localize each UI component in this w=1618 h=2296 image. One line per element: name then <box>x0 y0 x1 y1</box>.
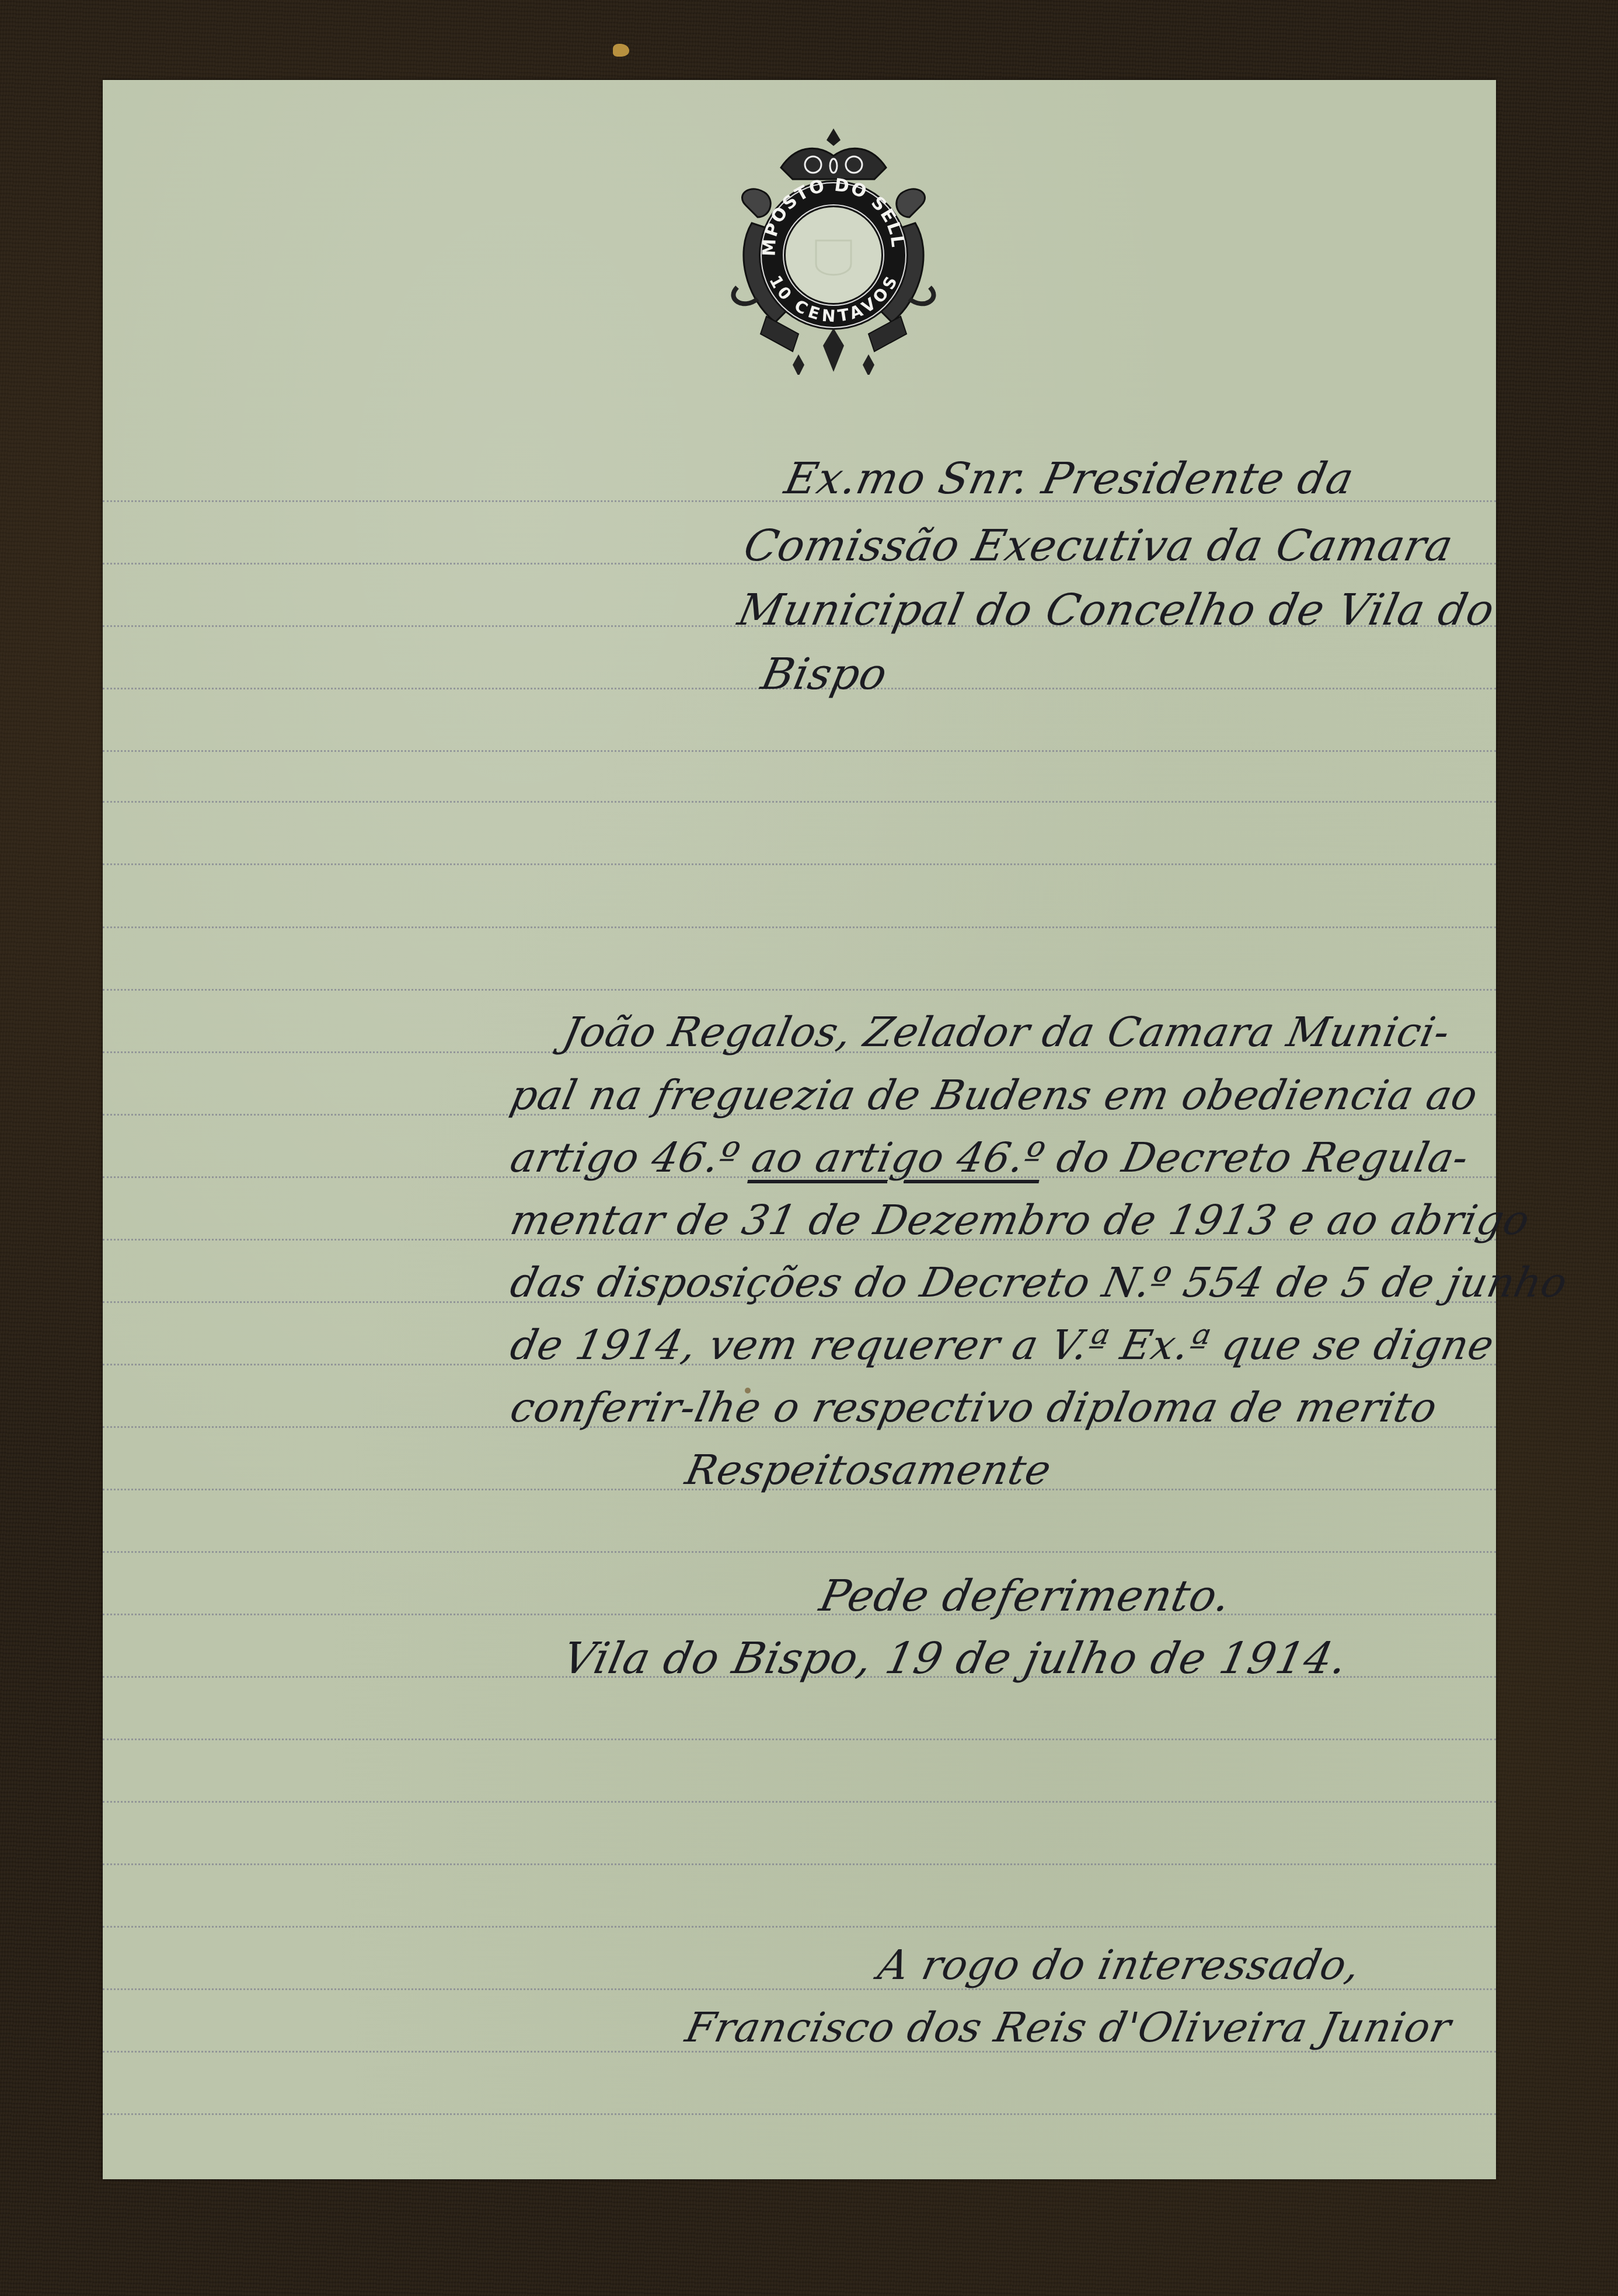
document-page: IMPOSTO DO SELLO 10 CENTAVOS Ex.mo Snr. … <box>103 80 1496 2179</box>
body-line-7: conferir-lhe o respectivo diploma de mer… <box>506 1384 1442 1431</box>
ruled-line <box>103 750 1496 752</box>
ruled-line <box>103 863 1496 865</box>
ruled-line <box>103 989 1496 991</box>
ink-spot <box>745 1388 751 1393</box>
ruled-line <box>103 1738 1496 1740</box>
address-line-1: Ex.mo Snr. Presidente da <box>780 454 1358 504</box>
body-line-3-suffix: do Decreto Regula- <box>1039 1134 1473 1182</box>
place-date-line: Vila do Bispo, 19 de julho de 1914. <box>559 1633 1352 1684</box>
signature-name: Francisco dos Reis d'Oliveira Junior <box>681 2004 1455 2051</box>
ruled-line <box>103 2113 1496 2115</box>
body-line-2: pal na freguezia de Budens em obediencia… <box>506 1071 1482 1119</box>
background-fleck <box>613 44 629 57</box>
ruled-line <box>103 1801 1496 1803</box>
body-line-6: de 1914, vem requerer a V.ª Ex.ª que se … <box>506 1321 1498 1369</box>
body-line-3: artigo 46.º ao artigo 46.º do Decreto Re… <box>506 1134 1473 1182</box>
body-line-3-prefix: artigo 46.º <box>506 1134 758 1182</box>
request-line: Pede deferimento. <box>815 1571 1236 1621</box>
signature-proxy-note: A rogo do interessado, <box>874 1941 1365 1989</box>
ruled-line <box>103 1614 1496 1615</box>
struck-through-correction: ao artigo 46.º <box>748 1134 1049 1182</box>
body-line-1: João Regalos, Zelador da Camara Munici- <box>559 1008 1454 1056</box>
ruled-line <box>103 926 1496 928</box>
ruled-line <box>103 801 1496 803</box>
ruled-line <box>103 1863 1496 1865</box>
body-line-5: das disposições do Decreto N.º 554 de 5 … <box>506 1259 1572 1306</box>
address-line-4: Bispo <box>757 649 892 699</box>
address-line-2: Comissão Executiva da Camara <box>740 521 1457 571</box>
revenue-stamp-emblem: IMPOSTO DO SELLO 10 CENTAVOS <box>711 124 956 375</box>
body-line-4: mentar de 31 de Dezembro de 1913 e ao ab… <box>506 1196 1534 1244</box>
closing-respectfully: Respeitosamente <box>681 1446 1055 1494</box>
ruled-line <box>103 1926 1496 1928</box>
address-line-3: Municipal do Concelho de Vila do <box>734 585 1499 635</box>
ruled-line <box>103 1551 1496 1553</box>
